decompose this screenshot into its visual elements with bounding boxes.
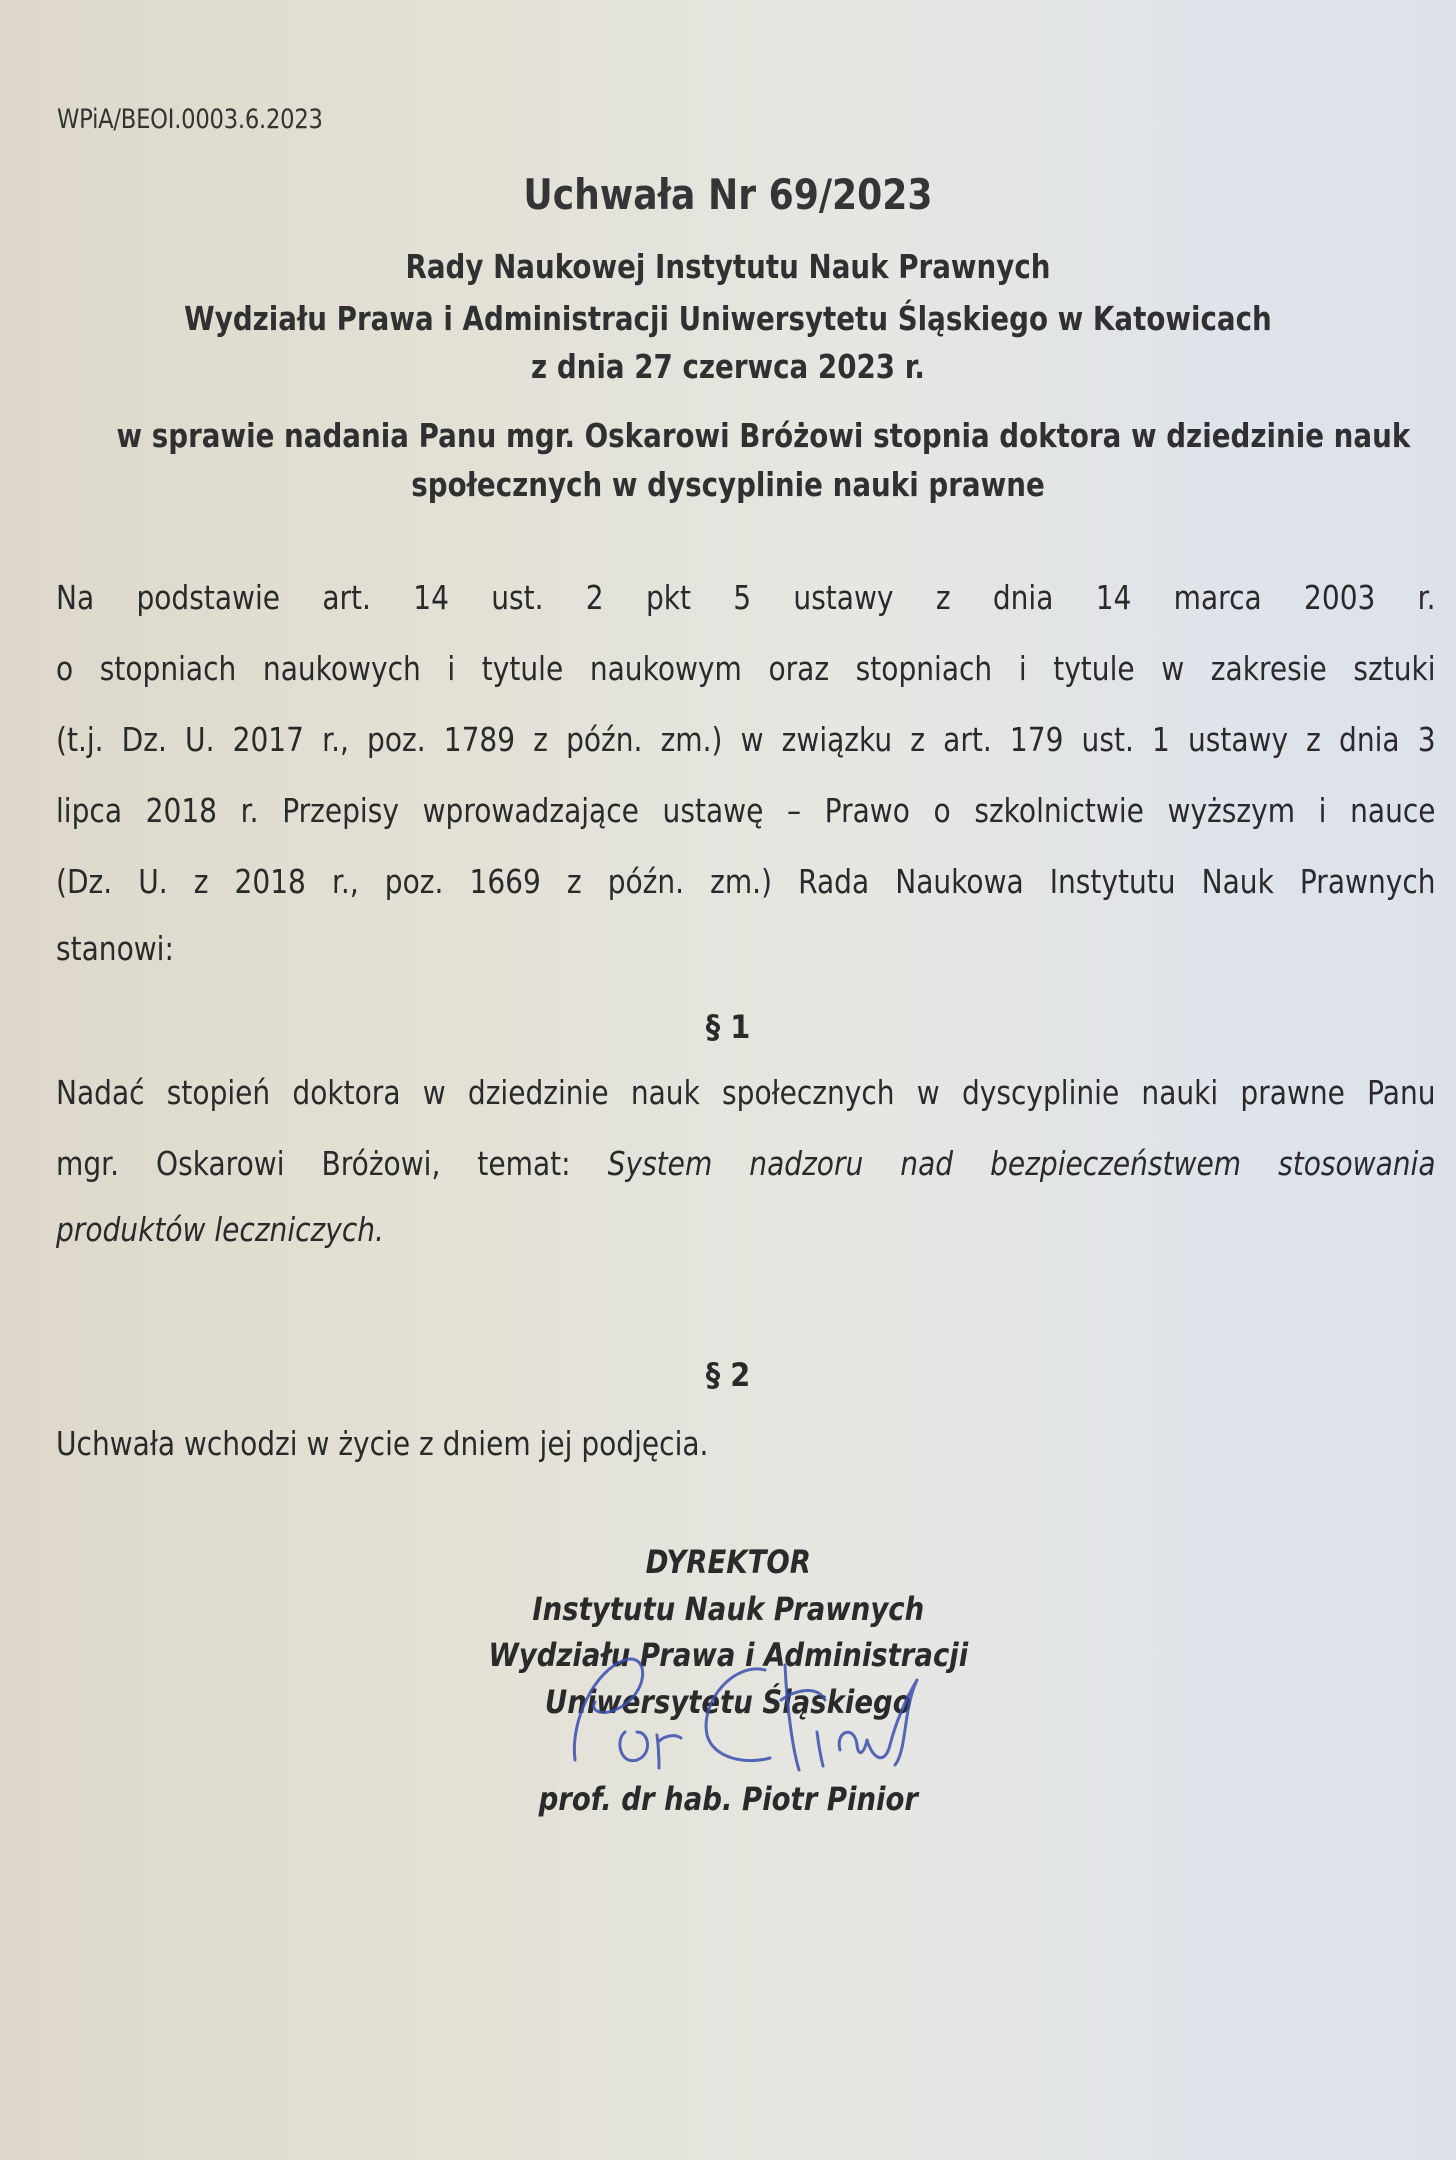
preamble-line: (t.j. Dz. U. 2017 r., poz. 1789 z późn. … (56, 720, 1436, 759)
section-2-line: Uchwała wchodzi w życie z dniem jej podj… (56, 1424, 1229, 1463)
document-page: WPiA/BEOI.0003.6.2023 Uchwała Nr 69/2023… (0, 0, 1456, 2160)
section-1-line: Nadać stopień doktora w dziedzinie nauk … (56, 1073, 1436, 1112)
resolution-title: Uchwała Nr 69/2023 (102, 170, 1354, 219)
preamble-line: stanowi: (56, 929, 1229, 968)
subject-line-2: społecznych w dyscyplinie nauki prawne (116, 465, 1339, 504)
preamble-line: Na podstawie art. 14 ust. 2 pkt 5 ustawy… (56, 578, 1436, 617)
subject-line-1: w sprawie nadania Panu mgr. Oskarowi Bró… (116, 416, 1339, 455)
dissertation-title-cont: produktów leczniczych. (56, 1210, 384, 1249)
signatory-unit-line: Instytutu Nauk Prawnych (102, 1590, 1354, 1628)
section-1-line: produktów leczniczych. (56, 1210, 1229, 1249)
issuer-line-1: Rady Naukowej Instytutu Nauk Prawnych (116, 247, 1339, 286)
resolution-date: z dnia 27 czerwca 2023 r. (116, 347, 1339, 386)
reference-number: WPiA/BEOI.0003.6.2023 (57, 104, 323, 135)
section-1-heading: § 1 (73, 1008, 1383, 1046)
signatory-role: DYREKTOR (102, 1543, 1354, 1581)
preamble-line: lipca 2018 r. Przepisy wprowadzające ust… (56, 791, 1436, 830)
section-1-recipient: mgr. Oskarowi Bróżowi, temat: (56, 1144, 608, 1183)
section-1-line: mgr. Oskarowi Bróżowi, temat: System nad… (56, 1144, 1436, 1183)
preamble-line: o stopniach naukowych i tytule naukowym … (56, 649, 1436, 688)
handwritten-signature-icon (555, 1640, 935, 1790)
signatory-name: prof. dr hab. Piotr Pinior (102, 1780, 1354, 1818)
section-2-heading: § 2 (73, 1356, 1383, 1394)
issuer-line-2: Wydziału Prawa i Administracji Uniwersyt… (116, 299, 1339, 338)
dissertation-title: System nadzoru nad bezpieczeństwem stoso… (608, 1144, 1436, 1183)
preamble-line: (Dz. U. z 2018 r., poz. 1669 z późn. zm.… (56, 862, 1436, 901)
